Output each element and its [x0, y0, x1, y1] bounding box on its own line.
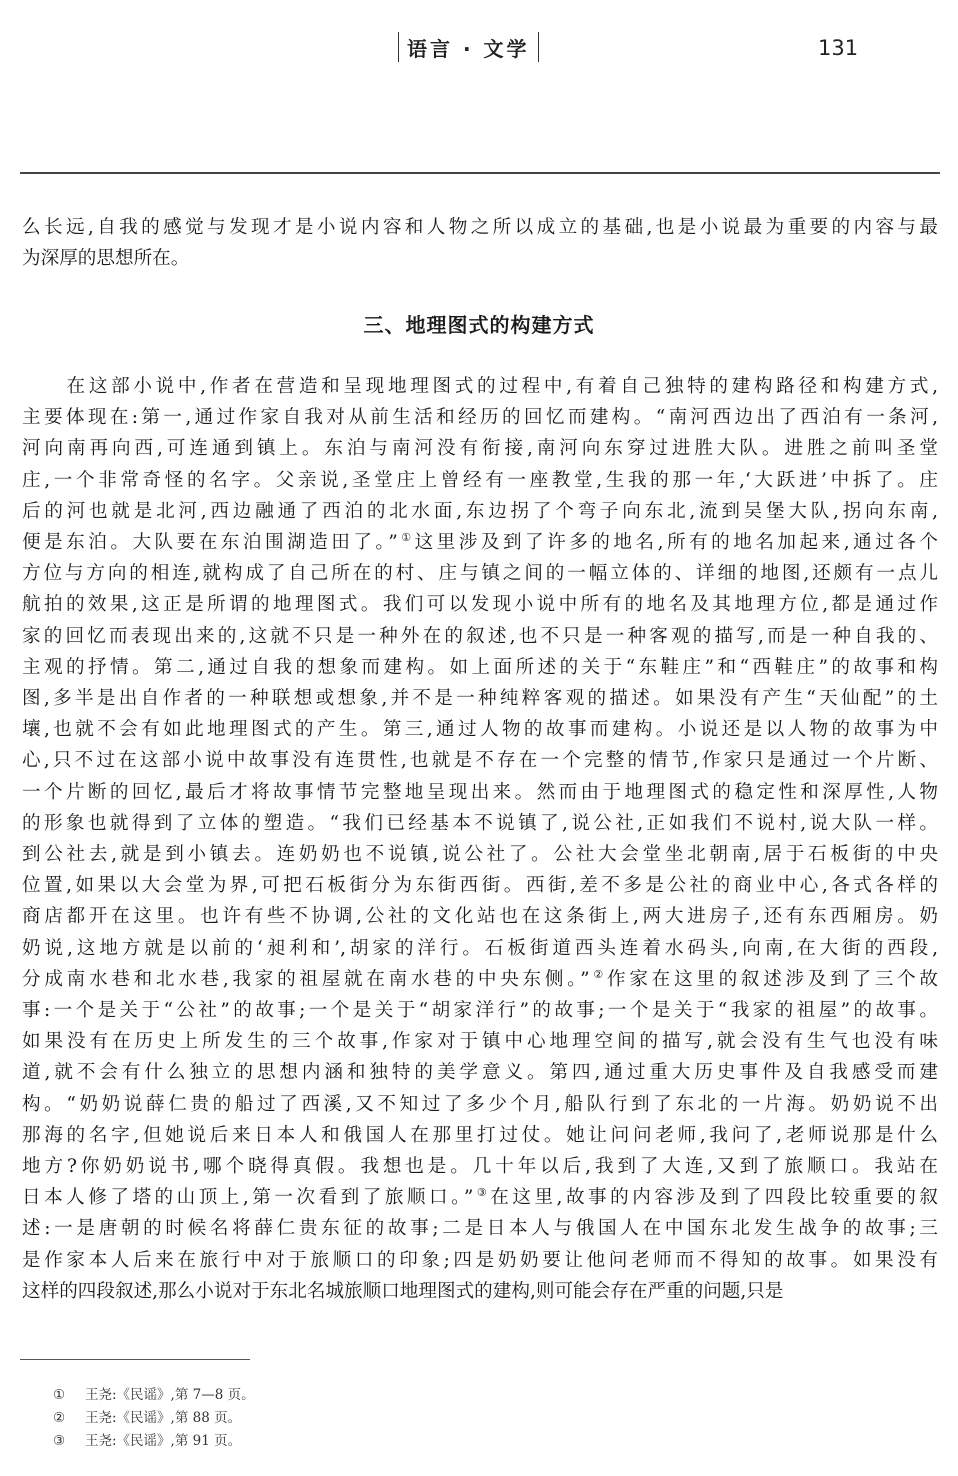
continuation-paragraph: 么长远,自我的感觉与发现才是小说内容和人物之所以成立的基础,也是小说最为重要的内…: [22, 212, 938, 274]
footnote-rule: [20, 1359, 250, 1360]
text-line: 后的河也就是北河,西边融通了西泊的北水面,东边拐了个弯子向东北,流到吴堡大队,拐…: [22, 496, 938, 527]
text-line: 一个片断的回忆,最后才将故事情节完整地呈现出来。然而由于地理图式的稳定性和深厚性…: [22, 777, 938, 808]
page-number: 131: [818, 36, 858, 60]
footnote-ref[interactable]: ③: [473, 1186, 490, 1199]
text-line: 地方?你奶奶说书,哪个晓得真假。我想也是。几十年以后,我到了大连,又到了旅顺口。…: [22, 1151, 938, 1182]
text-line: 道,就不会有什么独立的思想内涵和独特的美学意义。第四,通过重大历史事件及自我感受…: [22, 1057, 938, 1088]
text-line: 这样的四段叙述,那么小说对于东北名城旅顺口地理图式的建构,则可能会存在严重的问题…: [22, 1276, 938, 1307]
text-line: 商店都开在这里。也许有些不协调,公社的文化站也在这条街上,两大进房子,还有东西厢…: [22, 901, 938, 932]
running-head-section: 语言 · 文学: [399, 33, 538, 62]
text-line: 是作家本人后来在旅行中对于旅顺口的印象;四是奶奶要让他问老师而不得知的故事。如果…: [22, 1245, 938, 1276]
text-line: 述:一是唐朝的时候名将薛仁贵东征的故事;二是日本人与俄国人在中国东北发生战争的故…: [22, 1213, 938, 1244]
text-line: 事:一个是关于“公社”的故事;一个是关于“胡家洋行”的故事;一个是关于“我家的祖…: [22, 995, 938, 1026]
text-line: 构。“奶奶说薛仁贵的船过了西溪,又不知过了多少个月,船队行到了东北的一片海。奶奶…: [22, 1089, 938, 1120]
footnote-mark: ①: [53, 1384, 85, 1407]
footnote-text: 王尧:《民谣》,第 88 页。: [85, 1407, 241, 1430]
text-line: 便是东泊。大队要在东泊围湖造田了。”①这里涉及到了许多的地名,所有的地名加起来,…: [22, 527, 938, 558]
header-rule: [20, 172, 940, 174]
text-line: 主观的抒情。第二,通过自我的想象而建构。如上面所述的关于“东鞋庄”和“西鞋庄”的…: [22, 652, 938, 683]
text-line: 分成南水巷和北水巷,我家的祖屋就在南水巷的中央东侧。”②作家在这里的叙述涉及到了…: [22, 964, 938, 995]
text-line: 庄,一个非常奇怪的名字。父亲说,圣堂庄上曾经有一座教堂,生我的那一年,‘大跃进’…: [22, 465, 938, 496]
text-line: 那海的名字,但她说后来日本人和俄国人在那里打过仗。她让问问老师,我问了,老师说那…: [22, 1120, 938, 1151]
text-line: 位置,如果以大会堂为界,可把石板街分为东街西街。西街,差不多是公社的商业中心,各…: [22, 870, 938, 901]
footnote-item: ①王尧:《民谣》,第 7—8 页。: [53, 1384, 255, 1407]
text-line: 壤,也就不会有如此地理图式的产生。第三,通过人物的故事而建构。小说还是以人物的故…: [22, 714, 938, 745]
text-line: 心,只不过在这部小说中故事没有连贯性,也就是不存在一个完整的情节,作家只是通过一…: [22, 745, 938, 776]
footnote-ref[interactable]: ②: [590, 968, 607, 981]
text-line: 到公社去,就是到小镇去。连奶奶也不说镇,说公社了。公社大会堂坐北朝南,居于石板街…: [22, 839, 938, 870]
text-line: 方位与方向的相连,就构成了自己所在的村、庄与镇之间的一幅立体的、详细的地图,还颇…: [22, 558, 938, 589]
footnote-text: 王尧:《民谣》,第 91 页。: [85, 1430, 241, 1453]
text-line: 奶说,这地方就是以前的‘昶利和’,胡家的洋行。石板街道西头连着水码头,向南,在大…: [22, 933, 938, 964]
footnote-mark: ②: [53, 1407, 85, 1430]
footnote-ref[interactable]: ①: [398, 531, 415, 544]
footnote-item: ③王尧:《民谣》,第 91 页。: [53, 1430, 255, 1453]
footnote-item: ②王尧:《民谣》,第 88 页。: [53, 1407, 255, 1430]
running-head: 语言 · 文学: [398, 30, 539, 64]
footnote-mark: ③: [53, 1430, 85, 1453]
text-line: 如果没有在历史上所发生的三个故事,作家对于镇中心地理空间的描写,就会没有生气也没…: [22, 1026, 938, 1057]
text-line: 的形象也就得到了立体的塑造。“我们已经基本不说镇了,说公社,正如我们不说村,说大…: [22, 808, 938, 839]
text-line: 航拍的效果,这正是所谓的地理图式。我们可以发现小说中所有的地名及其地理方位,都是…: [22, 589, 938, 620]
text-line: 么长远,自我的感觉与发现才是小说内容和人物之所以成立的基础,也是小说最为重要的内…: [22, 212, 938, 243]
body-paragraph: 在这部小说中,作者在营造和呈现地理图式的过程中,有着自己独特的建构路径和构建方式…: [22, 371, 938, 1307]
text-line: 图,多半是出自作者的一种联想或想象,并不是一种纯粹客观的描述。如果没有产生“天仙…: [22, 683, 938, 714]
section-heading: 三、地理图式的构建方式: [0, 309, 958, 338]
running-head-right-bar: [538, 32, 539, 62]
text-line: 主要体现在:第一,通过作家自我对从前生活和经历的回忆而建构。“南河西边出了西泊有…: [22, 402, 938, 433]
text-line: 河向南再向西,可连通到镇上。东泊与南河没有衔接,南河向东穿过进胜大队。进胜之前叫…: [22, 433, 938, 464]
footnote-text: 王尧:《民谣》,第 7—8 页。: [85, 1384, 255, 1407]
text-line: 家的回忆而表现出来的,这就不只是一种外在的叙述,也不只是一种客观的描写,而是一种…: [22, 621, 938, 652]
text-line: 在这部小说中,作者在营造和呈现地理图式的过程中,有着自己独特的建构路径和构建方式…: [22, 371, 938, 402]
text-line: 日本人修了塔的山顶上,第一次看到了旅顺口。”③在这里,故事的内容涉及到了四段比较…: [22, 1182, 938, 1213]
footnotes: ①王尧:《民谣》,第 7—8 页。②王尧:《民谣》,第 88 页。③王尧:《民谣…: [53, 1384, 255, 1453]
text-line: 为深厚的思想所在。: [22, 243, 938, 274]
